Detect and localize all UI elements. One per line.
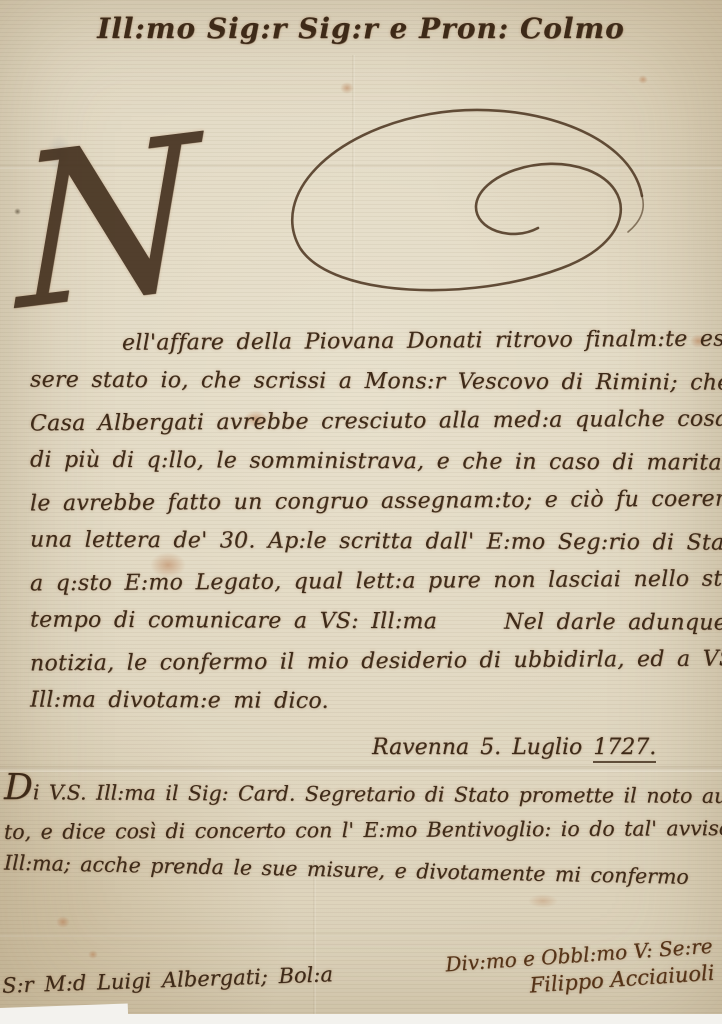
- body-line: sere stato io, che scrissi a Mons:r Vesc…: [30, 361, 706, 404]
- dateline: Ravenna 5. Luglio 1727.: [372, 735, 656, 760]
- body-line: tempo di comunicare a VS: Ill:ma Nel dar…: [30, 601, 706, 644]
- dateline-year: 1727.: [593, 735, 656, 763]
- drop-cap-initial: N: [15, 112, 201, 335]
- foxing-spot: [638, 75, 648, 84]
- body-line: notizia, le confermo il mio desiderio di…: [30, 640, 706, 685]
- body-line: Casa Albergati avrebbe cresciuto alla me…: [30, 400, 706, 445]
- address-line: S:r M:d Luigi Albergati; Bol:a: [2, 962, 334, 998]
- foxing-spot: [528, 894, 558, 908]
- body-paragraph: ell'affare della Piovana Donati ritrovo …: [30, 322, 706, 722]
- foxing-spot: [340, 82, 354, 94]
- foxing-spot: [56, 916, 70, 928]
- salutation: Ill:mo Sig:r Sig:r e Pron: Colmo: [0, 12, 722, 45]
- body-line: ell'affare della Piovana Donati ritrovo …: [30, 320, 706, 365]
- body-line: Ill:ma divotam:e mi dico.: [30, 681, 706, 724]
- postscript-line: Ill:ma; acche prenda le sue misure, e di…: [4, 843, 721, 898]
- postscript: Di V.S. Ill:ma il Sig: Card. Segretario …: [4, 770, 720, 890]
- closing-block: Div:mo e Obbl:mo V: Se:re Filippo Acciai…: [445, 933, 716, 1006]
- body-line: le avrebbe fatto un congruo assegnam:to;…: [30, 480, 706, 525]
- postscript-line: Di V.S. Ill:ma il Sig: Card. Segretario …: [4, 768, 720, 812]
- body-line: di più di q:llo, le somministrava, e che…: [30, 441, 706, 484]
- body-line: a q:sto E:mo Legato, qual lett:a pure no…: [30, 560, 706, 605]
- body-line: una lettera de' 30. Ap:le scritta dall' …: [30, 521, 706, 564]
- foxing-spot: [88, 950, 98, 959]
- fold-crease: [0, 933, 722, 937]
- letter-page: Ill:mo Sig:r Sig:r e Pron: Colmo N ell'a…: [0, 0, 722, 1024]
- dateline-place: Ravenna 5. Luglio: [372, 735, 593, 760]
- fold-crease: [352, 55, 355, 345]
- scan-edge: [0, 1014, 722, 1024]
